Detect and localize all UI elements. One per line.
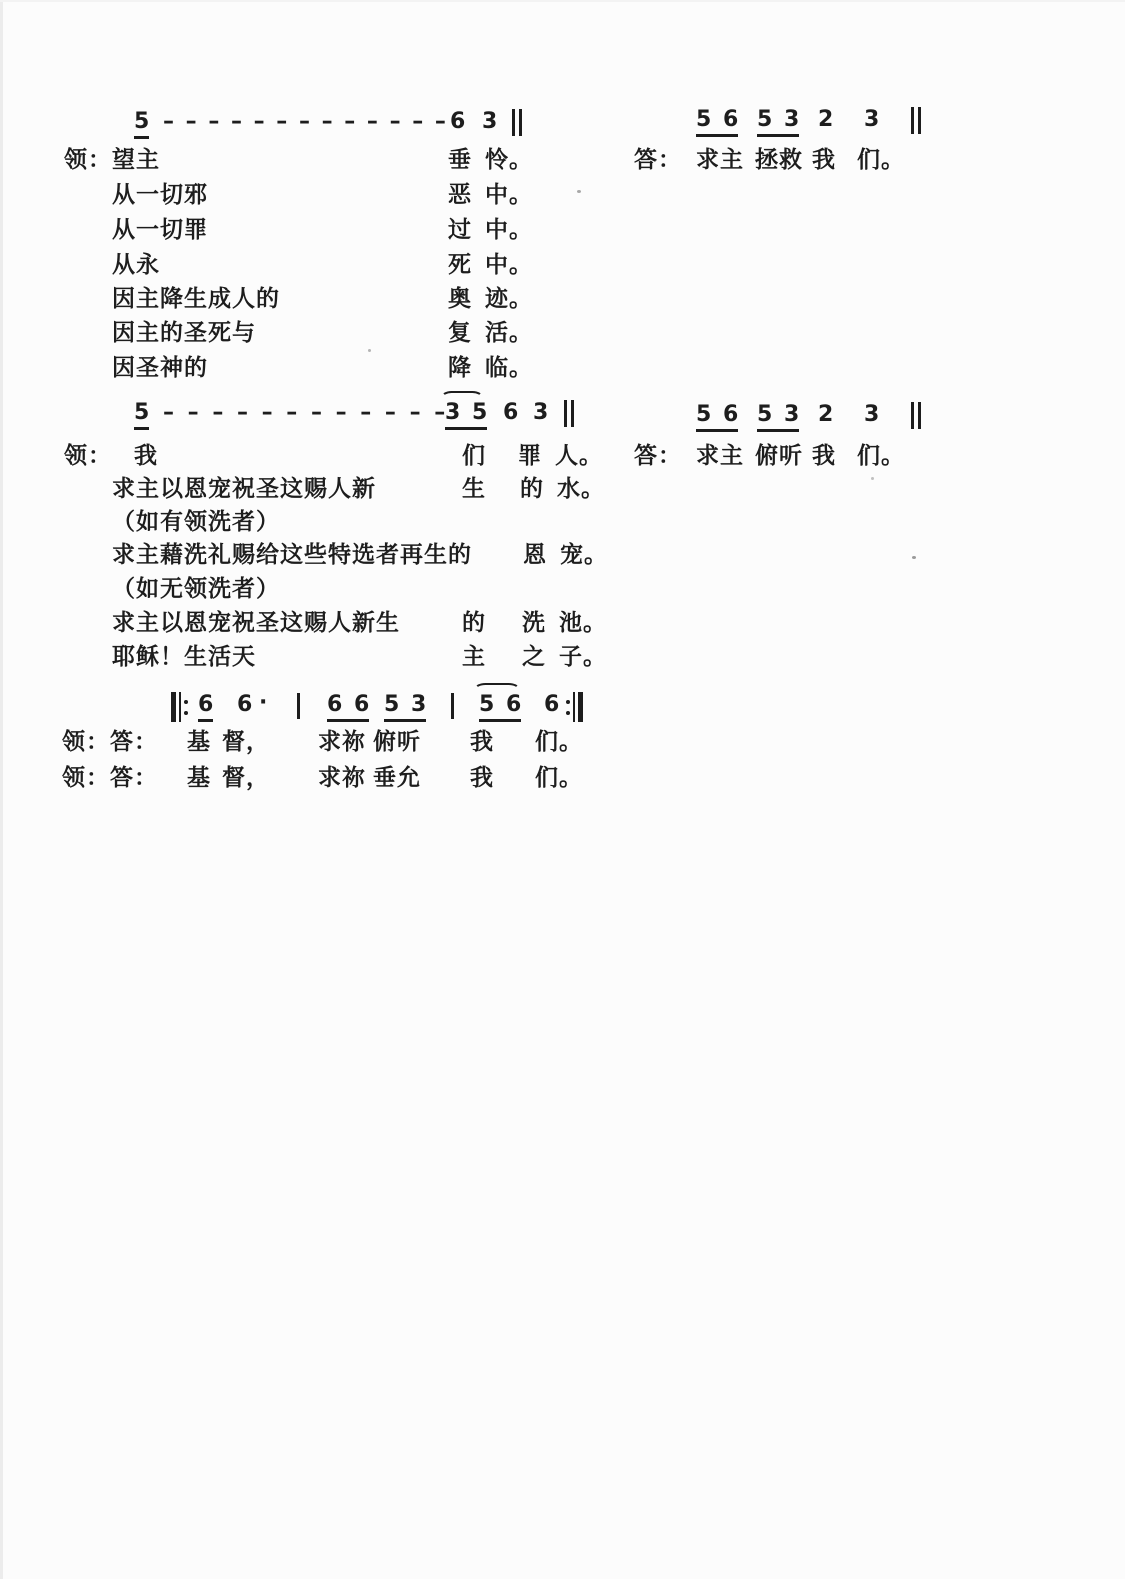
answer-word: 拯救 — [755, 147, 803, 173]
double-barline — [911, 107, 921, 134]
jianpu-note-group: 6 6 — [327, 694, 369, 722]
jianpu-note: 6 — [198, 694, 213, 722]
lyric-call: 从一切罪 — [112, 217, 208, 243]
jianpu-note-group: 5 6 — [479, 694, 521, 722]
jianpu-note: 2 — [818, 404, 833, 426]
jianpu-note: 6 — [503, 402, 518, 424]
jianpu-note: 3 — [533, 402, 548, 424]
lyric-call: 求主以恩宠祝圣这赐人新 — [112, 476, 376, 502]
jianpu-note: 2 — [818, 109, 833, 131]
lyric-end: 死 中。 — [448, 252, 533, 278]
answer-label: 答： — [110, 729, 158, 755]
lyric-word: 我 — [470, 765, 494, 791]
answer-word: 求主 — [696, 147, 744, 173]
lead-label: 领： — [62, 765, 110, 791]
answer-label: 答： — [110, 765, 158, 791]
lyric-note: （如有领洗者） — [112, 509, 280, 535]
lyric-call: 从永 — [112, 252, 160, 278]
answer-word: 我 — [812, 443, 836, 469]
jianpu-hold-note: 5 — [134, 402, 149, 430]
lyric-call: 因主的圣死与 — [112, 320, 256, 346]
lyric-end: 恩 宠。 — [523, 542, 608, 568]
barline — [451, 693, 454, 719]
jianpu-note: 6 — [237, 694, 252, 716]
jianpu-hold-dashes: – – – – – – – – – – – – — [163, 402, 445, 424]
barline — [297, 693, 300, 719]
jianpu-note: 3 — [864, 109, 879, 131]
lyric-end: 之 子。 — [522, 644, 607, 670]
lyric-end: 的 水。 — [520, 476, 605, 502]
augmentation-dot: · — [259, 692, 267, 714]
scan-top-edge — [0, 0, 1125, 2]
lyric-word: 督， — [222, 765, 270, 791]
scan-speck — [577, 190, 581, 193]
jianpu-note-group: 5 6 — [696, 109, 738, 137]
lyric-word: 们。 — [535, 765, 583, 791]
lyric-call: 因主降生成人的 — [112, 286, 280, 312]
lyric-call: 我 — [134, 443, 158, 469]
double-barline — [911, 402, 921, 429]
jianpu-note: 3 — [482, 111, 497, 133]
jianpu-note-group: 3 5 — [445, 402, 487, 430]
scan-speck — [912, 556, 916, 559]
answer-word: 们。 — [857, 443, 905, 469]
lyric-end: 垂 怜。 — [448, 147, 533, 173]
lyric-end: 复 活。 — [448, 320, 533, 346]
lyric-call: 求主藉洗礼赐给这些特选者再生的 — [112, 542, 472, 568]
lyric-end: 奥 迹。 — [448, 286, 533, 312]
lyric-end: 过 中。 — [448, 217, 533, 243]
lyric-call: 求主以恩宠祝圣这赐人新生 — [112, 610, 400, 636]
lyric-call: 从一切邪 — [112, 182, 208, 208]
lyric-call: 耶稣！生活天 — [112, 644, 256, 670]
lyric-call: 望主 — [112, 147, 160, 173]
jianpu-hold-dashes: – – – – – – – – – – – – – — [163, 111, 446, 133]
answer-label: 答： — [634, 443, 682, 469]
lyric-word: 督， — [222, 729, 270, 755]
answer-word: 俯听 — [755, 443, 803, 469]
lyric-word: 俯听 — [373, 729, 421, 755]
jianpu-note-group: 5 6 — [696, 404, 738, 432]
lyric-word: 基 — [187, 729, 211, 755]
lead-label: 领： — [64, 147, 112, 173]
scan-left-edge — [0, 0, 3, 1579]
jianpu-note-group: 5 3 — [757, 404, 799, 432]
double-barline — [512, 109, 522, 136]
lyric-call: 因圣神的 — [112, 355, 208, 381]
lyric-word: 求祢 — [318, 765, 366, 791]
lead-label: 领： — [62, 729, 110, 755]
jianpu-hold-note: 5 — [134, 111, 149, 139]
lyric-word: 求祢 — [318, 729, 366, 755]
lyric-mid: 们 — [462, 443, 486, 469]
scan-speck — [368, 349, 371, 352]
lyric-end: 洗 池。 — [522, 610, 607, 636]
answer-word: 我 — [812, 147, 836, 173]
lyric-mid: 主 — [462, 644, 486, 670]
sheet-music-scan-page: 5 – – – – – – – – – – – – – 6 3 5 6 5 3 … — [0, 0, 1125, 1579]
jianpu-note: 6 — [450, 111, 465, 133]
lyric-word: 我 — [470, 729, 494, 755]
jianpu-note-group: 5 3 — [384, 694, 426, 722]
lyric-word: 垂允 — [373, 765, 421, 791]
jianpu-note: 3 — [864, 404, 879, 426]
begin-repeat-barline — [171, 692, 188, 722]
jianpu-note: 6 — [544, 694, 559, 716]
lead-label: 领： — [64, 443, 112, 469]
lyric-word: 基 — [187, 765, 211, 791]
answer-word: 们。 — [857, 147, 905, 173]
lyric-end: 罪 人。 — [518, 443, 603, 469]
jianpu-note-group: 5 3 — [757, 109, 799, 137]
answer-label: 答： — [634, 147, 682, 173]
lyric-note: （如无领洗者） — [112, 576, 280, 602]
end-repeat-barline — [566, 692, 583, 722]
answer-word: 求主 — [696, 443, 744, 469]
lyric-word: 们。 — [535, 729, 583, 755]
lyric-end: 恶 中。 — [448, 182, 533, 208]
scan-speck — [871, 477, 874, 480]
lyric-mid: 生 — [462, 476, 486, 502]
lyric-mid: 的 — [462, 610, 486, 636]
lyric-end: 降 临。 — [448, 355, 533, 381]
double-barline — [564, 400, 574, 427]
